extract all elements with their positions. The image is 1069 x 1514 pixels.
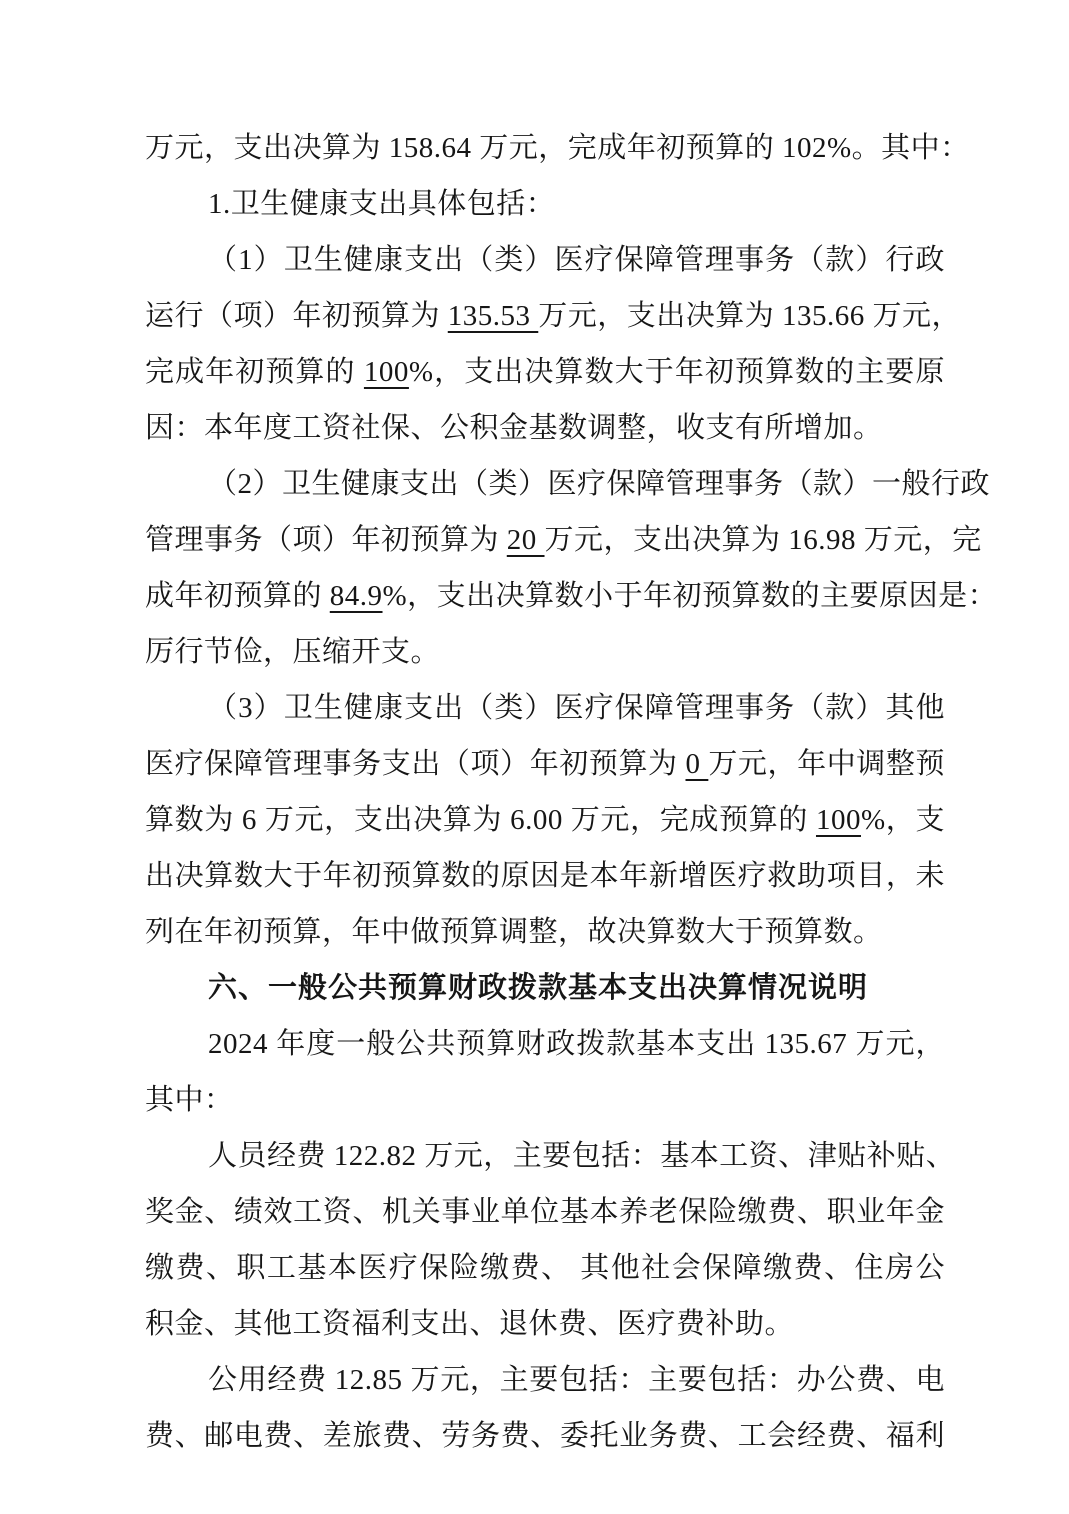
text-line: 出决算数大于年初预算数的原因是本年新增医疗救助项目，未 xyxy=(145,848,945,904)
text-segment: 医疗保障管理事务支出（项）年初预算为 xyxy=(145,748,686,780)
text-segment: 费、邮电费、差旅费、劳务费、委托业务费、工会经费、福利 xyxy=(145,1420,945,1452)
underlined-value: 100 xyxy=(364,356,409,388)
text-line: （2）卫生健康支出（类）医疗保障管理事务（款）一般行政 xyxy=(145,456,945,512)
text-segment: 万元，支出决算为 158.64 万元，完成年初预算的 102%。其中： xyxy=(145,132,970,164)
text-segment: 万元，支出决算为 135.66 万元， xyxy=(538,300,961,332)
text-segment: 算数为 6 万元，支出决算为 6.00 万元，完成预算的 xyxy=(145,804,816,836)
text-line: 管理事务（项）年初预算为 20 万元，支出决算为 16.98 万元，完 xyxy=(145,512,945,568)
text-segment: 运行（项）年初预算为 xyxy=(145,300,448,332)
text-segment: 完成年初预算的 xyxy=(145,356,364,388)
text-segment: 万元，年中调整预 xyxy=(708,748,945,780)
underlined-value: 84.9 xyxy=(330,580,383,612)
text-segment: 缴费、职工基本医疗保险缴费、 其他社会保障缴费、住房公 xyxy=(145,1252,945,1284)
text-line: 成年初预算的 84.9%，支出决算数小于年初预算数的主要原因是： xyxy=(145,568,945,624)
text-segment: 积金、其他工资福利支出、退休费、医疗费补助。 xyxy=(145,1308,794,1340)
text-line: 奖金、绩效工资、机关事业单位基本养老保险缴费、职业年金 xyxy=(145,1184,945,1240)
text-segment: （3）卫生健康支出（类）医疗保障管理事务（款）其他 xyxy=(208,692,945,724)
text-line: 其中： xyxy=(145,1072,945,1128)
text-segment: 2024 年度一般公共预算财政拨款基本支出 135.67 万元， xyxy=(208,1028,945,1060)
text-segment: %，支 xyxy=(861,804,945,836)
text-segment: 厉行节俭，压缩开支。 xyxy=(145,636,440,668)
text-segment: 管理事务（项）年初预算为 xyxy=(145,524,507,556)
text-segment: 六、一般公共预算财政拨款基本支出决算情况说明 xyxy=(208,972,868,1004)
text-line: 厉行节俭，压缩开支。 xyxy=(145,624,945,680)
text-line: 1.卫生健康支出具体包括： xyxy=(145,176,945,232)
text-line: 运行（项）年初预算为 135.53 万元，支出决算为 135.66 万元， xyxy=(145,288,945,344)
text-segment: （1）卫生健康支出（类）医疗保障管理事务（款）行政 xyxy=(208,244,945,276)
text-line: 算数为 6 万元，支出决算为 6.00 万元，完成预算的 100%，支 xyxy=(145,792,945,848)
underlined-value: 20 xyxy=(507,524,545,556)
underlined-value: 135.53 xyxy=(448,300,539,332)
text-segment: （2）卫生健康支出（类）医疗保障管理事务（款）一般行政 xyxy=(208,468,990,500)
text-line: 缴费、职工基本医疗保险缴费、 其他社会保障缴费、住房公 xyxy=(145,1240,945,1296)
text-segment: 1.卫生健康支出具体包括： xyxy=(208,188,555,220)
text-line: 人员经费 122.82 万元，主要包括：基本工资、津贴补贴、 xyxy=(145,1128,945,1184)
text-segment: %，支出决算数小于年初预算数的主要原因是： xyxy=(383,580,998,612)
text-line: 费、邮电费、差旅费、劳务费、委托业务费、工会经费、福利 xyxy=(145,1408,945,1464)
text-line: 因：本年度工资社保、公积金基数调整，收支有所增加。 xyxy=(145,400,945,456)
underlined-value: 0 xyxy=(686,748,709,780)
text-line: 完成年初预算的 100%，支出决算数大于年初预算数的主要原 xyxy=(145,344,945,400)
text-segment: 人员经费 122.82 万元，主要包括：基本工资、津贴补贴、 xyxy=(208,1140,955,1172)
text-segment: 其中： xyxy=(145,1084,234,1116)
text-segment: 奖金、绩效工资、机关事业单位基本养老保险缴费、职业年金 xyxy=(145,1196,945,1228)
text-line: 积金、其他工资福利支出、退休费、医疗费补助。 xyxy=(145,1296,945,1352)
text-line: 列在年初预算，年中做预算调整，故决算数大于预算数。 xyxy=(145,904,945,960)
text-segment: 因：本年度工资社保、公积金基数调整，收支有所增加。 xyxy=(145,412,883,444)
section-heading: 六、一般公共预算财政拨款基本支出决算情况说明 xyxy=(145,960,945,1016)
text-segment: 列在年初预算，年中做预算调整，故决算数大于预算数。 xyxy=(145,916,883,948)
text-line: 2024 年度一般公共预算财政拨款基本支出 135.67 万元， xyxy=(145,1016,945,1072)
text-segment: 万元，支出决算为 16.98 万元，完 xyxy=(545,524,982,556)
text-segment: %，支出决算数大于年初预算数的主要原 xyxy=(409,356,945,388)
text-segment: 出决算数大于年初预算数的原因是本年新增医疗救助项目，未 xyxy=(145,860,945,892)
document-content: 万元，支出决算为 158.64 万元，完成年初预算的 102%。其中：1.卫生健… xyxy=(145,120,945,1464)
text-line: 医疗保障管理事务支出（项）年初预算为 0 万元，年中调整预 xyxy=(145,736,945,792)
underlined-value: 100 xyxy=(816,804,861,836)
text-line: 公用经费 12.85 万元，主要包括：主要包括：办公费、电 xyxy=(145,1352,945,1408)
text-line: （1）卫生健康支出（类）医疗保障管理事务（款）行政 xyxy=(145,232,945,288)
document-page: 万元，支出决算为 158.64 万元，完成年初预算的 102%。其中：1.卫生健… xyxy=(0,0,1069,1514)
text-line: 万元，支出决算为 158.64 万元，完成年初预算的 102%。其中： xyxy=(145,120,945,176)
text-segment: 成年初预算的 xyxy=(145,580,330,612)
text-segment: 公用经费 12.85 万元，主要包括：主要包括：办公费、电 xyxy=(208,1364,945,1396)
text-line: （3）卫生健康支出（类）医疗保障管理事务（款）其他 xyxy=(145,680,945,736)
